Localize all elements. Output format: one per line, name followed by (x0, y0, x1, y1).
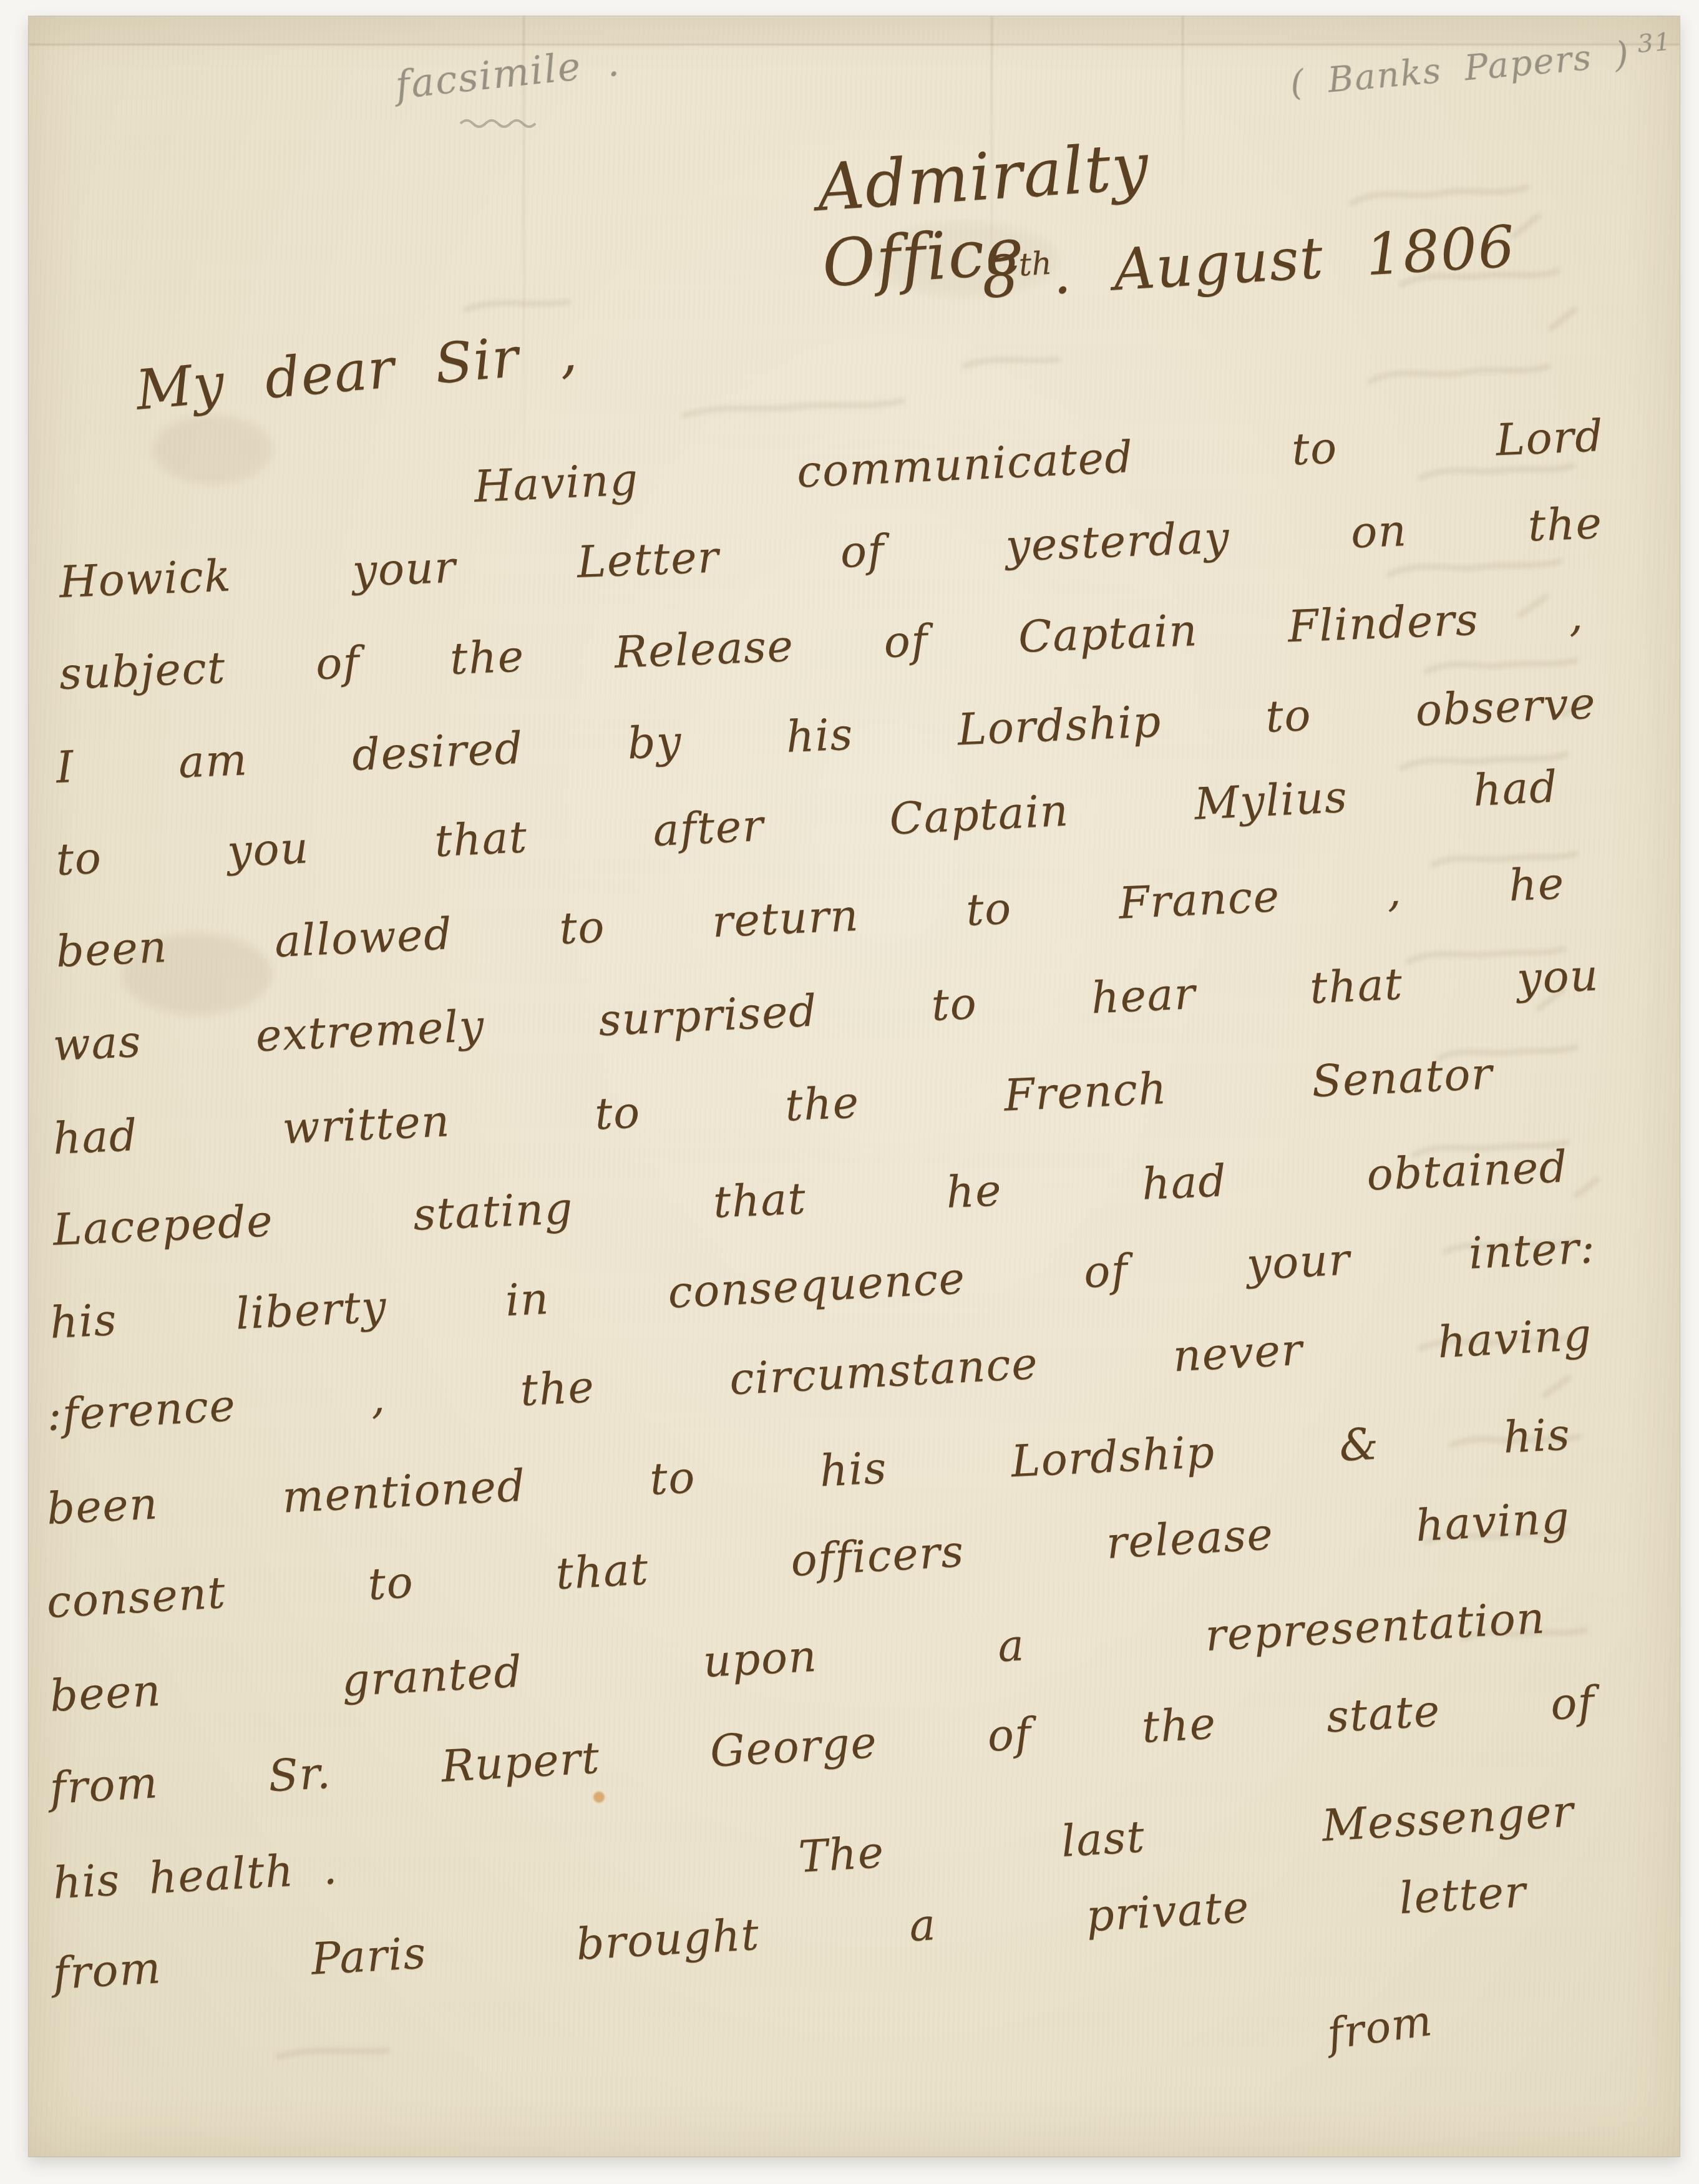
salutation: My dear Sir , (134, 319, 581, 422)
date-day: 8 (980, 243, 1021, 311)
letter-line-08: had written to the French Senator (52, 1050, 1494, 1163)
pencil-underline-squiggle (458, 115, 545, 129)
letter-line-01: Having communicated to Lord (473, 412, 1605, 511)
paper-stain (593, 1792, 605, 1803)
pencil-annotation-facsimile: facsimile . (393, 39, 622, 107)
letter-line-03: subject of the Release of Captain Flinde… (59, 592, 1585, 698)
letter-line-06: been allowed to return to France , he (55, 859, 1565, 976)
letter-line-16-left: his health . (52, 1845, 339, 1908)
paper-stain (153, 416, 272, 484)
letter-sheet: facsimile . ( Banks Papers )31 Admiralty… (29, 16, 1680, 2157)
date-ordinal: th (1018, 245, 1053, 283)
catchword: from (1325, 1996, 1436, 2060)
scanned-letter-view: facsimile . ( Banks Papers )31 Admiralty… (0, 0, 1699, 2184)
paper-top-fold-strip (29, 16, 1680, 45)
letter-line-16-right: The last Messenger (797, 1787, 1575, 1881)
horizontal-fold-line (29, 44, 1680, 46)
letter-line-02: Howick your Letter of yesterday on the (59, 499, 1604, 607)
collection-number: 31 (1636, 27, 1673, 59)
letter-line-07: was extremely surprised to hear that you (52, 952, 1600, 1070)
